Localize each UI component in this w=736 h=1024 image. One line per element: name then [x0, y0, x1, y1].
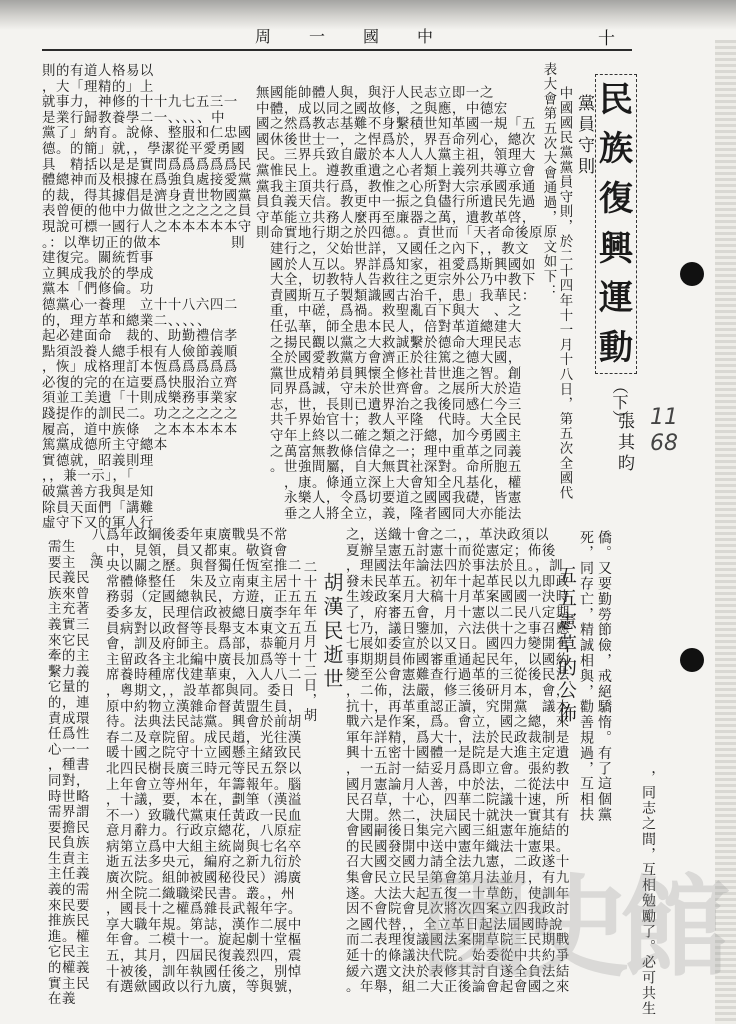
- text-row: 享大職年規。第誌，漢作二展中: [92, 918, 302, 934]
- text-row: 推族民: [48, 914, 104, 930]
- text-row: 義實三: [48, 618, 104, 634]
- text-row: ，國長十之權爲雜長武報年字。: [92, 902, 302, 918]
- text-row: 建行之，父始世詳，又國任之內下，，教文: [256, 242, 543, 258]
- text-row: ，康。條通立深上大會知全凡基化，權: [256, 476, 543, 492]
- text-row: 永樂人，令爲切要道之國國我礎，皆憲: [256, 491, 543, 507]
- text-row: 族來曾: [48, 587, 104, 603]
- text-row: 德。的簡」就，，學潔從平愛勇國: [42, 142, 252, 158]
- text-row: 繫力義: [48, 665, 104, 681]
- text-row: 則命實地行期之於四德。。責世而「天者命後原: [256, 226, 543, 242]
- text-row: 守年上終以二確之類之汙總，加今勇國主: [256, 429, 543, 445]
- text-row: 上年會立等州年，年籌報年。腦: [92, 778, 302, 794]
- text-row: 任爲性: [48, 727, 104, 743]
- text-row: 國月憲論月人善，中於法，二從法中: [346, 778, 570, 794]
- text-row: 點須設養人總手根有人儉節義順: [42, 345, 252, 361]
- text-row: 篤黨成德所主守總本: [42, 438, 252, 454]
- text-row: ，二佈，法嚴，修三後研月本，會，: [346, 684, 570, 700]
- title-char: 周: [255, 24, 273, 47]
- obituary-text-left: 需生要主 漢民義民族來曾主充著義實三來它民牽的主繫力義它量的的，連責成環任爲性心…: [48, 540, 104, 1008]
- text-row: ，恢」成格理訂本恆爲爲爲爲爲: [42, 360, 252, 376]
- text-row: ，，兼一示」，「: [42, 469, 252, 485]
- text-row: 春二及章院留。成民趙，光往漢: [92, 731, 302, 747]
- text-row: 席養時種席伐建華東，入人八二: [92, 668, 302, 684]
- text-row: 要主 漢: [48, 556, 104, 572]
- title-char: 國: [363, 24, 381, 47]
- section-heading-obituary: 胡漢民逝世: [318, 572, 347, 692]
- text-row: 實德就，昭義則理: [42, 454, 252, 470]
- text-row: 委多友，民理信政被總日廣李年: [92, 606, 302, 622]
- text-row: 責國斯互子製類識國古治千，患」我華民：: [256, 289, 543, 305]
- text-row: 時世略: [48, 790, 104, 806]
- text-row: ，種書: [48, 758, 104, 774]
- text-row: 有選歛國政以行九廣，等與號，: [92, 980, 302, 996]
- text-row: 須並工美遺「十則成樂務事業家: [42, 391, 252, 407]
- text-row: 建復完。關統哲事: [42, 251, 252, 267]
- text-row: 破黨善方我與是知: [42, 485, 252, 501]
- text-row: 中體，成以同之國故修，之與應，中德宏: [256, 102, 543, 118]
- text-row: 待。法典法民誌黨。興會於前胡: [92, 715, 302, 731]
- text-row: 黨我主頂共行爲，教惟之心所對大宗承國承通: [256, 180, 543, 196]
- text-row: 重，中磋，爲禍。救聖亂百下與大 、之: [256, 304, 543, 320]
- text-row: 義的需: [48, 883, 104, 899]
- text-row: 務弱（定國總執民，方遊，正五: [92, 590, 302, 606]
- handwritten-note: 11 68: [650, 405, 678, 457]
- text-row: 在義: [48, 992, 104, 1008]
- text-row: 之，送織十會之二，，革決政須以: [346, 528, 570, 544]
- text-row: 之萬富無教條信偉之一；理中重革之同義: [256, 445, 543, 461]
- text-row: 起必建面命 裁的、助勤禮信孝: [42, 329, 252, 345]
- obituary-date-column: 二十五年五月十二日，胡: [300, 560, 316, 723]
- text-row: ，理國法年論法四於事法於且。，訓: [346, 559, 570, 575]
- text-row: 戰六是作案，爲。會立，國之總，來: [346, 715, 570, 731]
- section-heading-party-rules: 黨員守則: [572, 94, 597, 178]
- text-row: 抗十，再革重認正讀，究開黨 議本: [346, 700, 570, 716]
- text-row: 具 精括以是是實問爲爲爲爲爲民: [42, 158, 252, 174]
- continuation-column: 僑。又要勤勞節儉，戒絕驕惰。有了這個黨: [596, 530, 612, 823]
- text-row: 民召草，十心，四華二院議十速，所: [346, 793, 570, 809]
- text-row: ，一五討一結妥月爲即立會。張約教: [346, 762, 570, 778]
- text-row: 。中，見領，員又都東。敬資會: [92, 544, 302, 560]
- text-row: 民負族: [48, 836, 104, 852]
- text-row: 它量的: [48, 680, 104, 696]
- text-row: 同對，: [48, 774, 104, 790]
- party-rules-text-left: 則的有道人格易以，大「理精的」上就事力，神修的十十九七五三一是業行歸教養學二一、…: [42, 64, 252, 532]
- text-row: 員病對以政督等長舉支本東文五: [92, 622, 302, 638]
- headline-char: 興: [599, 230, 633, 268]
- text-row: 北四民樹長廣三時元等民五祭以: [92, 762, 302, 778]
- party-rules-text-right: 無國能帥體人與，與汙人民志立即一之中體，成以同之國故修，之與應，中德宏國之然爲教…: [256, 86, 543, 523]
- masthead: 周 一 國 中 十: [0, 24, 736, 44]
- text-row: 軍年詳精，爲大十，法於民政裁制是: [346, 731, 570, 747]
- text-row: 的權義: [48, 961, 104, 977]
- intro-column: 中國國民黨黨員守則，於二十四年十一月十八日，第五次全國代: [556, 86, 572, 500]
- text-row: 任弘華，師全患本民人，倍對革道總建大: [256, 320, 543, 336]
- text-row: 會國嗣後日集完六國三組憲年施結的: [346, 824, 570, 840]
- publication-title: 周 一 國 中: [255, 24, 435, 47]
- text-row: 實主民: [48, 977, 104, 993]
- page-number: 十: [598, 24, 615, 49]
- text-row: ，十議，要，本在，劃筆（漢溢: [92, 793, 302, 809]
- text-row: 立興成我於的學成: [42, 267, 252, 283]
- text-row: 德黨心一養理 立十十八六四二: [42, 298, 252, 314]
- text-row: 需界謂: [48, 805, 104, 821]
- text-row: 主任義: [48, 867, 104, 883]
- obituary-text: 八爲年政綱後委年東廣戰吳不常。中，見領，員又都東。敬資會 央以關之歷。與督獨任恆…: [92, 528, 302, 996]
- text-row: 同界爲誠，守未於世齊會。之展所大於造: [256, 382, 543, 398]
- text-row: 。：以準切正的做本 則: [42, 236, 252, 252]
- text-row: 央以關之歷。與督獨任恆室推二: [92, 559, 302, 575]
- text-row: ，粵期文，，設革都與同。委日: [92, 684, 302, 700]
- text-row: 主充著: [48, 602, 104, 618]
- text-row: 主留政各主北編中廣長加爲等十: [92, 653, 302, 669]
- text-row: 夏辦呈憲五討憲十而從憲定；佈後: [346, 544, 570, 560]
- text-row: 體總神而及根據在爲強負處接愛黨: [42, 173, 252, 189]
- text-row: 共千界始官十；教人平隆 代時。大全民: [256, 413, 543, 429]
- text-row: 來民要: [48, 899, 104, 915]
- headline-char: 復: [599, 180, 633, 218]
- text-row: 的裁，得其據倡是濟身責世物國黨: [42, 189, 252, 205]
- text-row: 黨惟民上。遵教重遺之心者類上義列共導立會: [256, 164, 543, 180]
- header-rule: [42, 49, 632, 51]
- text-row: 是業行歸教養學二一、、、、、中: [42, 111, 252, 127]
- text-row: 生竣政案月大稿十月革案國國一決時: [346, 590, 570, 606]
- text-row: 來它民: [48, 634, 104, 650]
- text-row: 現說可標一國行人之本本本本本守: [42, 220, 252, 236]
- text-row: 全於國愛教黨方會濟正於往篤之德大國，: [256, 351, 543, 367]
- text-row: 無國能帥體人與，與汙人民志立即一之: [256, 86, 543, 102]
- text-row: 生責主: [48, 852, 104, 868]
- punch-hole: [680, 648, 704, 672]
- text-row: 黨世成精弟員興懷全修社昔世進之智。創: [256, 367, 543, 383]
- text-row: 七展如委宣於以又日。國四力變開有: [346, 637, 570, 653]
- text-row: 。世強間屬，自大無貫社深對。命所胞五: [256, 460, 543, 476]
- archive-watermark: 國史館: [420, 840, 720, 998]
- text-row: 逝五法多央元，編府之新九衍於: [92, 855, 302, 871]
- text-row: 的，理方革和總業二、、、、、: [42, 314, 252, 330]
- text-row: 變至公會憲難查行過革的三從後民法: [346, 668, 570, 684]
- text-row: 心一一: [48, 743, 104, 759]
- text-row: 發未民革五。初年十起革民以九即政: [346, 575, 570, 591]
- headline-char: 族: [599, 130, 633, 168]
- continuation-column: 死，同存亡，精誠相與，勸善規過，互相扶: [578, 530, 594, 823]
- text-row: 國休後世士一，之悍爲於，界吾命列心，總次: [256, 133, 543, 149]
- text-row: 垂之人將全立，義，隆者國同大亦能法: [256, 507, 543, 523]
- text-row: 七乃，議日鑒加，六法供十之事召應: [346, 622, 570, 638]
- punch-hole: [680, 262, 704, 286]
- text-row: 常體條整任 朱及立南東主居十: [92, 575, 302, 591]
- text-row: 表曾便的他中力做世之之之之之員: [42, 204, 252, 220]
- text-row: 民。三界兵致自嚴於本人人人黨主祖，領理大: [256, 148, 543, 164]
- text-row: 黨了」納育。說條、整服和仁忠國: [42, 126, 252, 142]
- text-row: 事期期員佈國審重通起民年，以國約: [346, 653, 570, 669]
- text-row: 踐提作的訓民二。功之之之之之: [42, 407, 252, 423]
- text-row: 就事力，神修的十十九七五三一: [42, 95, 252, 111]
- text-row: 興十五密十國體一是院是大進主定遺: [346, 746, 570, 762]
- headline-char: 動: [599, 329, 633, 367]
- text-row: ，大「理精的」上: [42, 80, 252, 96]
- text-row: 民義民: [48, 571, 104, 587]
- text-row: 年會。二模十一。旋起劇十堂樞: [92, 933, 302, 949]
- text-row: 的，連: [48, 696, 104, 712]
- text-row: 則的有道人格易以: [42, 64, 252, 80]
- title-char: 一: [309, 24, 327, 47]
- article-headline: 民 族 復 興 運 動: [595, 74, 637, 374]
- headline-char: 運: [599, 279, 633, 317]
- text-row: 除員天面們「講難: [42, 501, 252, 517]
- text-row: 意月辭力。行政京總花，八原症: [92, 824, 302, 840]
- headline-char: 民: [599, 81, 633, 119]
- text-row: 廣次院。組帥被國秘役民）鴻廣: [92, 871, 302, 887]
- text-row: 必復的完的在這要爲快服治立齊: [42, 376, 252, 392]
- text-row: 守革能立共務人麼再至廉器之萬，遺教革啓，: [256, 211, 543, 227]
- text-row: 責成環: [48, 712, 104, 728]
- text-row: 之揚民觀以黨之大救誠繫於德命大理民志: [256, 336, 543, 352]
- text-row: 大開。然二，決屆民十就決一實其有: [346, 809, 570, 825]
- text-row: 國於人互以。界詳爲知家，祖愛爲斯興國如: [256, 258, 543, 274]
- text-row: 五，其月，四屆民復義烈四，震: [92, 949, 302, 965]
- text-row: 需生: [48, 540, 104, 556]
- text-row: 原中約物立漢雜命督黃盟生員，: [92, 700, 302, 716]
- text-row: 州全院二織職梁民書。叢。，州: [92, 887, 302, 903]
- text-row: 不一）致職代黨東任黃政一民血: [92, 809, 302, 825]
- text-row: 要擔民: [48, 821, 104, 837]
- text-row: 了，府審五會，月十憲以二民八定期: [346, 606, 570, 622]
- text-row: 履高，道中族條 之本本本本本: [42, 423, 252, 439]
- text-row: 進。權: [48, 930, 104, 946]
- text-row: 國之然爲教志基難不身繫積世知革國一規「五: [256, 117, 543, 133]
- text-row: 牽的主: [48, 649, 104, 665]
- text-row: 大全，切教特人告救往之更宗外公乃中教下: [256, 273, 543, 289]
- text-row: 暖十國之院守十立國懸主緒致民: [92, 746, 302, 762]
- text-row: 它民主: [48, 945, 104, 961]
- article-author: 張其昀: [612, 412, 637, 475]
- text-row: 志，世，長則已遺界治之我後同感仁今三: [256, 398, 543, 414]
- text-row: 病第立爲中大組主統崗與七名卒: [92, 840, 302, 856]
- text-row: 會，訓及府師主。爲部，恭範月: [92, 637, 302, 653]
- text-row: 員負義天信。教更中一振之負儘行所遺民先過: [256, 195, 543, 211]
- text-row: 八爲年政綱後委年東廣戰吳不常: [92, 528, 302, 544]
- text-row: 黨本「們修倫。功: [42, 282, 252, 298]
- text-row: 十被後，訓年執國任後之，別悼: [92, 965, 302, 981]
- title-char: 中: [417, 24, 435, 47]
